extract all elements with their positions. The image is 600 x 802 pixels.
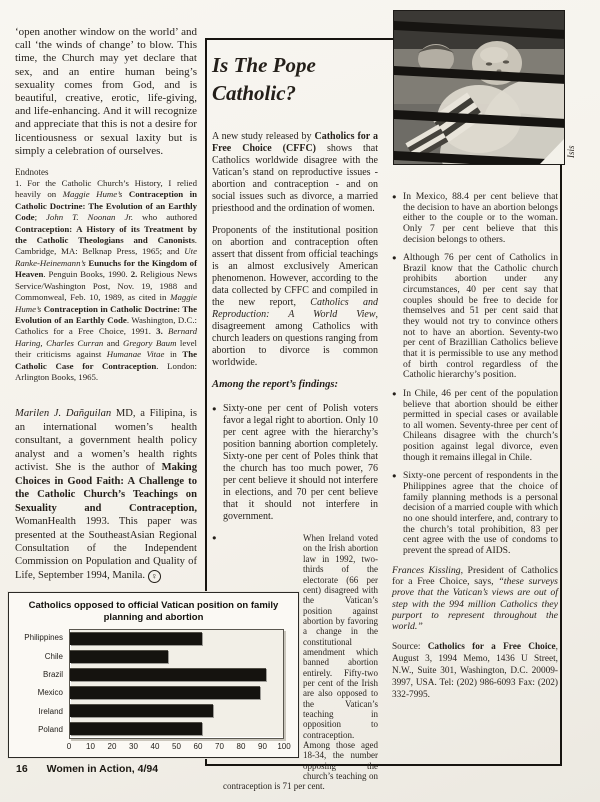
- magazine-title: Women in Action, 4/94: [47, 763, 158, 775]
- bullet-icon: ●: [212, 534, 217, 543]
- bullet-mexico: ● In Mexico, 88.4 per cent believe that …: [392, 192, 558, 245]
- bullet-chile: ● In Chile, 46 per cent of the populatio…: [392, 389, 558, 463]
- end-of-article-mark: ♀: [148, 570, 161, 583]
- chart-x-tick: 90: [258, 742, 267, 751]
- chart-x-tick: 80: [237, 742, 246, 751]
- chart-x-tick: 50: [172, 742, 181, 751]
- chart-x-tick: 10: [86, 742, 95, 751]
- chart-bar-row: [70, 651, 283, 663]
- article-title: Is The Pope Catholic?: [212, 52, 378, 107]
- chart-plot-area: PhilippinesChileBrazilMexicoIrelandPolan…: [69, 629, 284, 739]
- chart-x-tick: 100: [277, 742, 290, 751]
- chart-category-label: Chile: [13, 652, 63, 661]
- bullet-icon: ●: [392, 472, 397, 480]
- endnotes-text: 1. For the Catholic Church’s History, I …: [15, 178, 197, 384]
- chart-title: Catholics opposed to official Vatican po…: [21, 600, 286, 625]
- article-paragraph-1: A new study released by Catholics for a …: [212, 131, 378, 215]
- bullet-chile-text: In Chile, 46 per cent of the population …: [403, 388, 558, 463]
- chart-x-tick: 0: [67, 742, 71, 751]
- chart-bar-row: [70, 669, 283, 681]
- endnotes-title: Endnotes: [15, 167, 197, 177]
- chart-category-label: Mexico: [13, 688, 63, 697]
- chart-x-tick: 30: [129, 742, 138, 751]
- chart-category-label: Poland: [13, 725, 63, 734]
- bullet-icon: ●: [392, 390, 397, 398]
- chart-category-label: Brazil: [13, 670, 63, 679]
- chart-category-label: Philippines: [13, 633, 63, 642]
- chart-bar-poland: [70, 722, 202, 735]
- author-bio: Marilen J. Dañguilan MD, a Filipina, is …: [15, 407, 197, 582]
- bullet-poland: ● Sixty-one per cent of Polish voters fa…: [212, 403, 378, 523]
- bullet-icon: ●: [392, 193, 397, 201]
- chart-bar-row: [70, 723, 283, 735]
- chart-bar-row: [70, 633, 283, 645]
- findings-heading: Among the report’s findings:: [212, 379, 378, 392]
- chart-x-tick: 70: [215, 742, 224, 751]
- bullet-philippines-text: Sixty-one percent of respondents in the …: [403, 470, 558, 555]
- kissling-quote: Frances Kissling, President of Catholics…: [392, 565, 558, 633]
- intro-paragraph: ‘open another window on the world’ and c…: [15, 26, 197, 158]
- chart-bar-mexico: [70, 686, 260, 699]
- chart-bars: [69, 629, 284, 739]
- bullet-brazil: ● Although 76 per cent of Catholics in B…: [392, 253, 558, 381]
- left-column: ‘open another window on the world’ and c…: [15, 26, 197, 583]
- chart-category-labels: PhilippinesChileBrazilMexicoIrelandPolan…: [13, 629, 63, 739]
- chart-bar-brazil: [70, 668, 266, 681]
- chart-bar-row: [70, 705, 283, 717]
- chart-x-axis: 0102030405060708090100: [69, 742, 284, 754]
- bullet-poland-text: Sixty-one per cent of Polish voters favo…: [223, 403, 378, 522]
- chart-bar-row: [70, 687, 283, 699]
- page-footer: 16 Women in Action, 4/94: [16, 763, 158, 775]
- photo-credit: Isis: [566, 145, 576, 158]
- article-paragraph-2: Proponents of the institutional position…: [212, 225, 378, 369]
- bullet-icon: ●: [392, 254, 397, 262]
- chart-category-label: Ireland: [13, 707, 63, 716]
- babies-behind-crib-bars-illustration: [394, 11, 564, 164]
- chart-x-tick: 20: [108, 742, 117, 751]
- source-note: Source: Catholics for a Free Choice, Aug…: [392, 641, 558, 701]
- article-title-line2: Catholic?: [212, 80, 378, 108]
- chart: Catholics opposed to official Vatican po…: [8, 592, 299, 758]
- bullet-philippines: ● Sixty-one percent of respondents in th…: [392, 471, 558, 556]
- chart-bar-ireland: [70, 704, 213, 717]
- bullet-brazil-text: Although 76 per cent of Catholics in Bra…: [403, 252, 558, 380]
- baby-photo: [393, 10, 565, 165]
- page-number: 16: [16, 763, 28, 775]
- chart-x-tick: 60: [194, 742, 203, 751]
- article-right-column: ● In Mexico, 88.4 per cent believe that …: [392, 192, 558, 701]
- article-title-line1: Is The Pope: [212, 52, 378, 80]
- chart-bar-chile: [70, 650, 168, 663]
- chart-bar-philippines: [70, 632, 202, 645]
- bullet-mexico-text: In Mexico, 88.4 per cent believe that th…: [403, 191, 558, 245]
- chart-x-tick: 40: [151, 742, 160, 751]
- bullet-icon: ●: [212, 404, 217, 413]
- author-bio-text: Marilen J. Dañguilan MD, a Filipina, is …: [15, 408, 197, 580]
